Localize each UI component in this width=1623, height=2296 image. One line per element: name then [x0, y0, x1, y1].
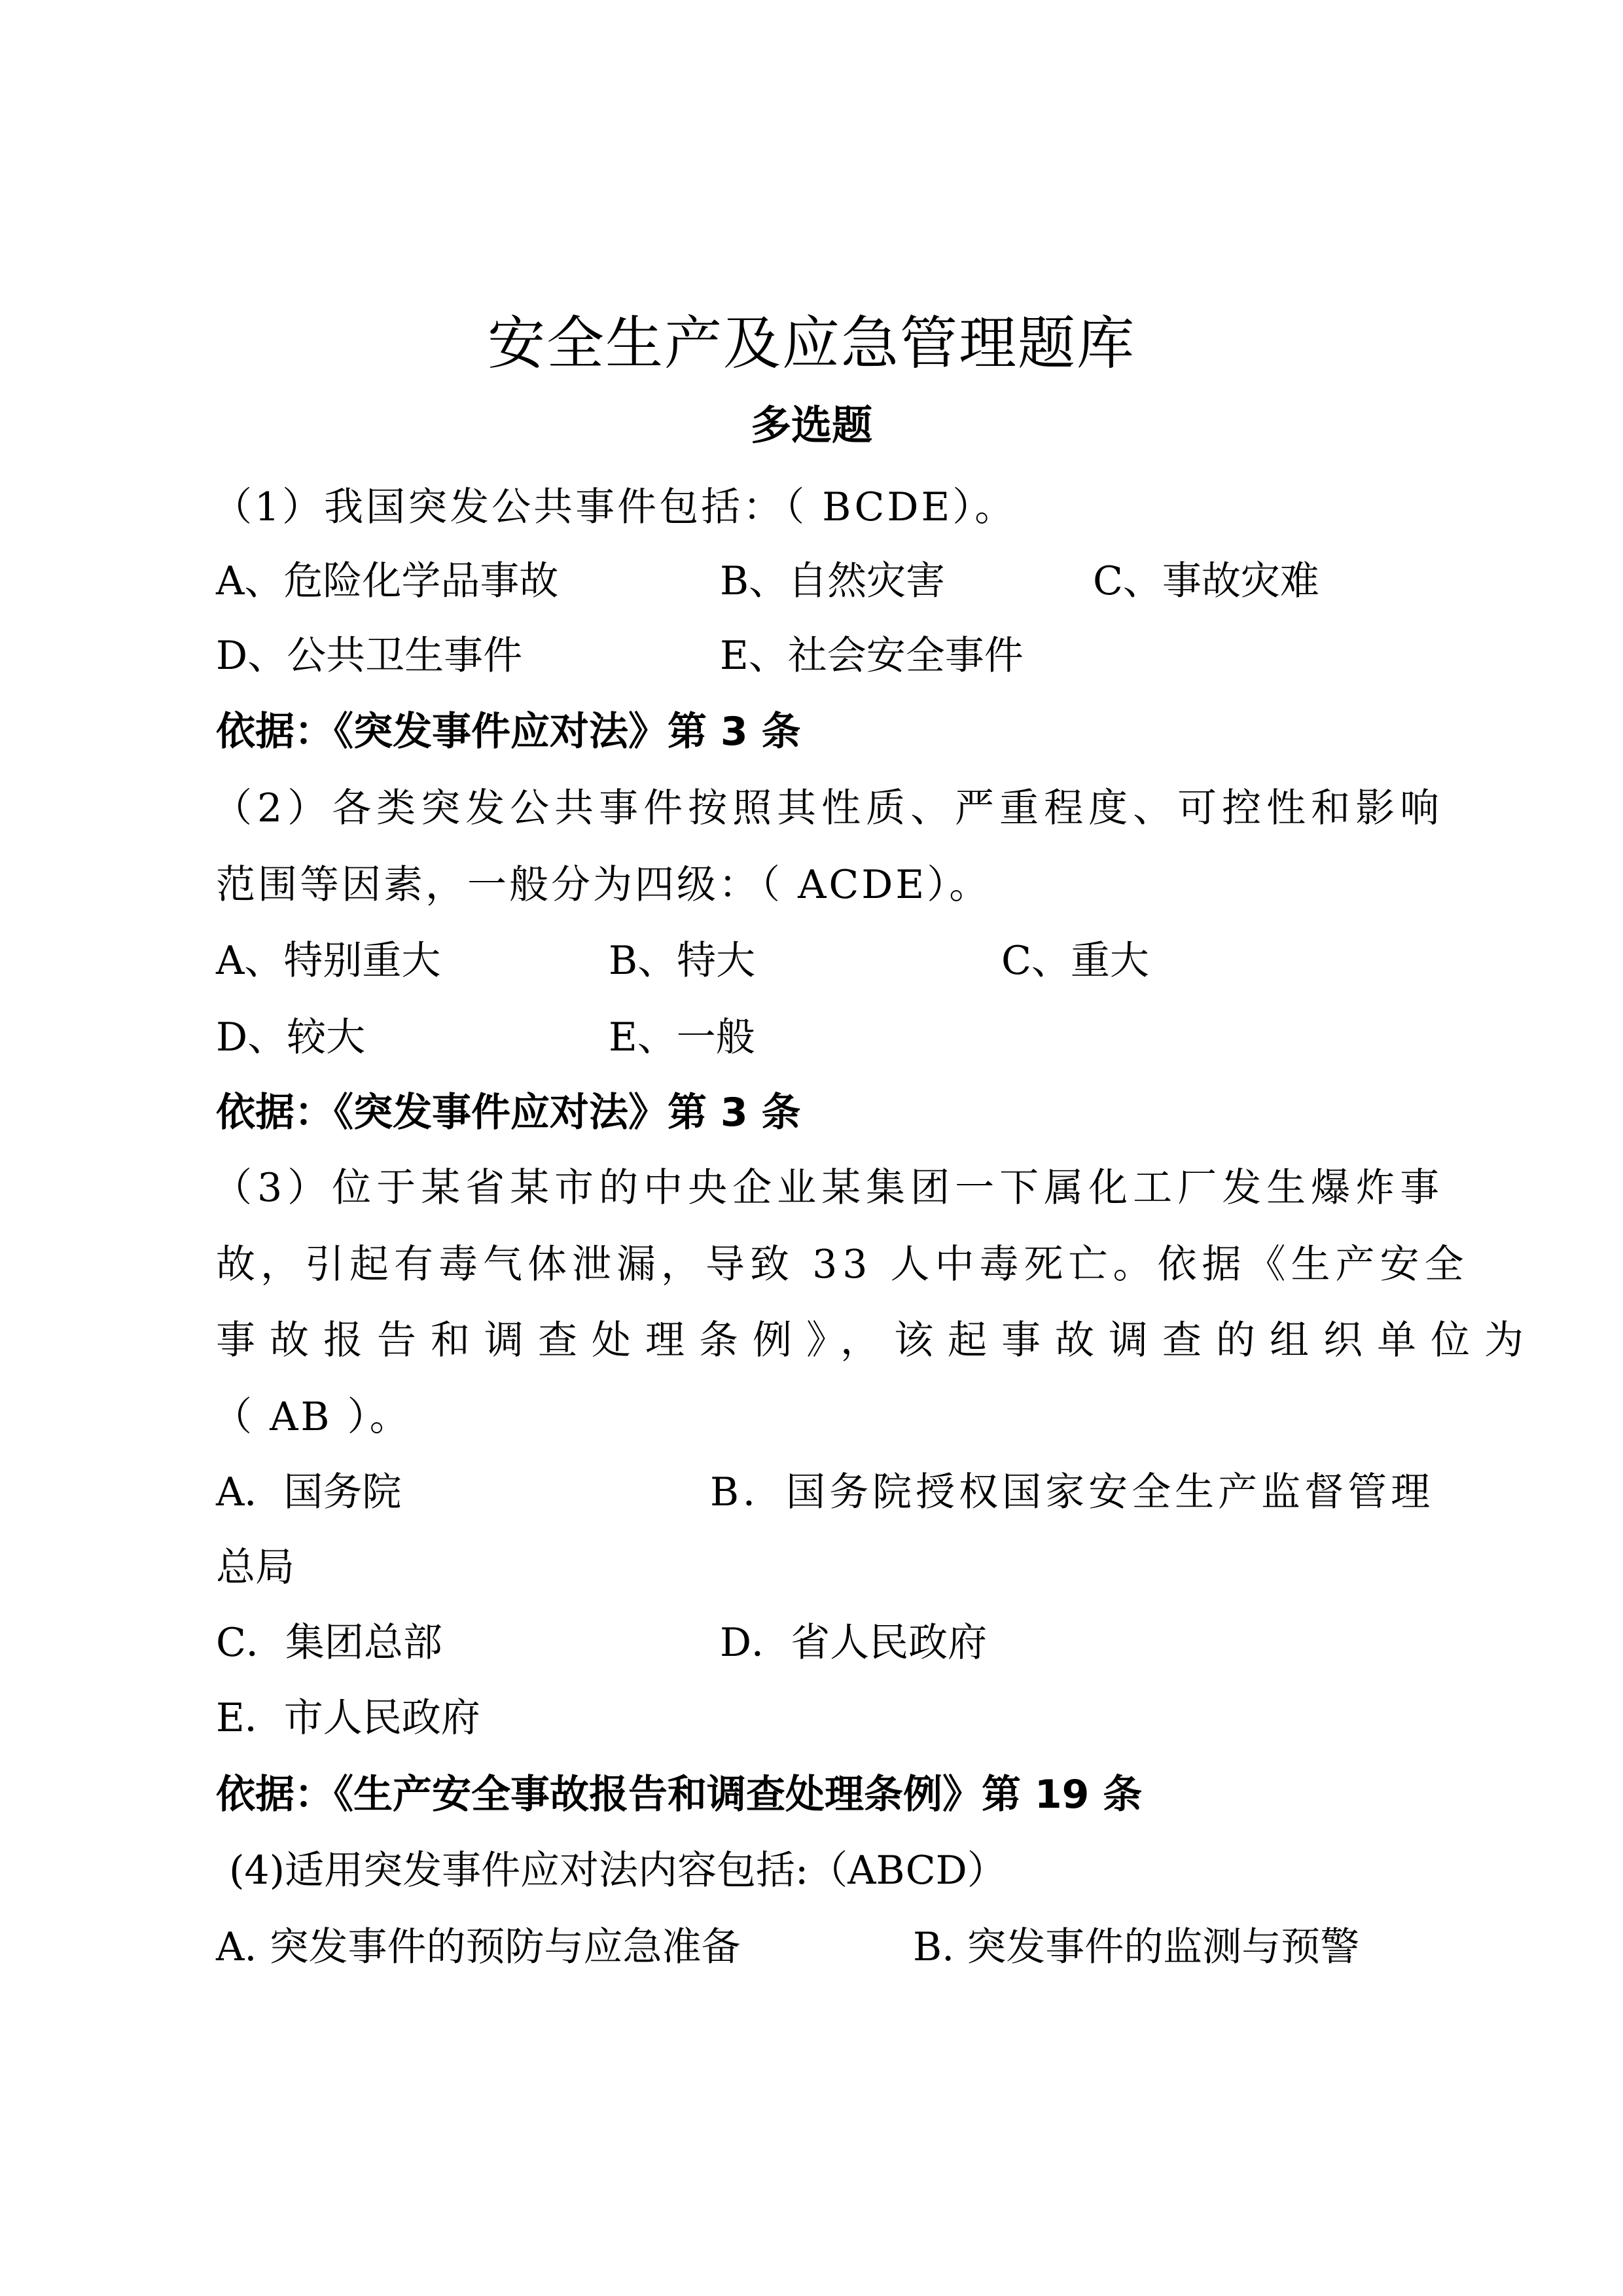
- legal-basis: 依据：《突发事件应对法》第 3 条: [216, 706, 801, 758]
- option-a: A、危险化学品事故: [216, 555, 558, 607]
- option-a: A．国务院: [216, 1466, 401, 1518]
- option-a: A. 突发事件的预防与应急准备: [216, 1921, 740, 1973]
- option-b: B．国务院授权国家安全生产监督管理: [710, 1466, 1434, 1518]
- option-b: B. 突发事件的监测与预警: [913, 1921, 1359, 1973]
- option-c: C、事故灾难: [1093, 555, 1319, 607]
- question-stem: （3）位于某省某市的中央企业某集团一下属化工厂发生爆炸事: [213, 1162, 1444, 1214]
- question-stem: （2）各类突发公共事件按照其性质、严重程度、可控性和影响: [213, 782, 1444, 834]
- question-stem-cont: （ AB ）。: [213, 1391, 412, 1443]
- legal-basis: 依据：《突发事件应对法》第 3 条: [216, 1086, 801, 1139]
- option-d: D、公共卫生事件: [216, 630, 522, 682]
- document-title: 安全生产及应急管理题库: [0, 308, 1623, 380]
- option-d: D、较大: [216, 1011, 365, 1064]
- option-d: D．省人民政府: [720, 1617, 987, 1669]
- option-b: B、特大: [609, 935, 755, 987]
- option-a: A、特别重大: [216, 935, 440, 987]
- option-e: E、一般: [609, 1011, 755, 1064]
- section-subtitle: 多选题: [0, 399, 1623, 452]
- question-stem: (4)适用突发事件应对法内容包括:（ABCD）: [229, 1844, 1007, 1897]
- option-b: B、自然灾害: [720, 555, 945, 607]
- question-stem: （1）我国突发公共事件包括：（ BCDE）。: [213, 481, 1016, 533]
- document-page: 安全生产及应急管理题库 多选题 （1）我国突发公共事件包括：（ BCDE）。 A…: [0, 0, 1623, 2296]
- question-stem-cont: 范围等因素，一般分为四级：（ ACDE）。: [216, 859, 991, 911]
- option-b-cont: 总局: [216, 1541, 294, 1594]
- question-stem-cont: 事故报告和调查处理条例》，该起事故调查的组织单位为: [216, 1314, 1538, 1367]
- legal-basis: 依据：《生产安全事故报告和调查处理条例》第 19 条: [216, 1768, 1142, 1821]
- option-c: C．集团总部: [216, 1617, 442, 1669]
- option-e: E、社会安全事件: [720, 630, 1024, 682]
- question-stem-cont: 故，引起有毒气体泄漏，导致 33 人中毒死亡。依据《生产安全: [216, 1238, 1469, 1291]
- option-c: C、重大: [1001, 935, 1149, 987]
- option-e: E．市人民政府: [216, 1692, 480, 1744]
